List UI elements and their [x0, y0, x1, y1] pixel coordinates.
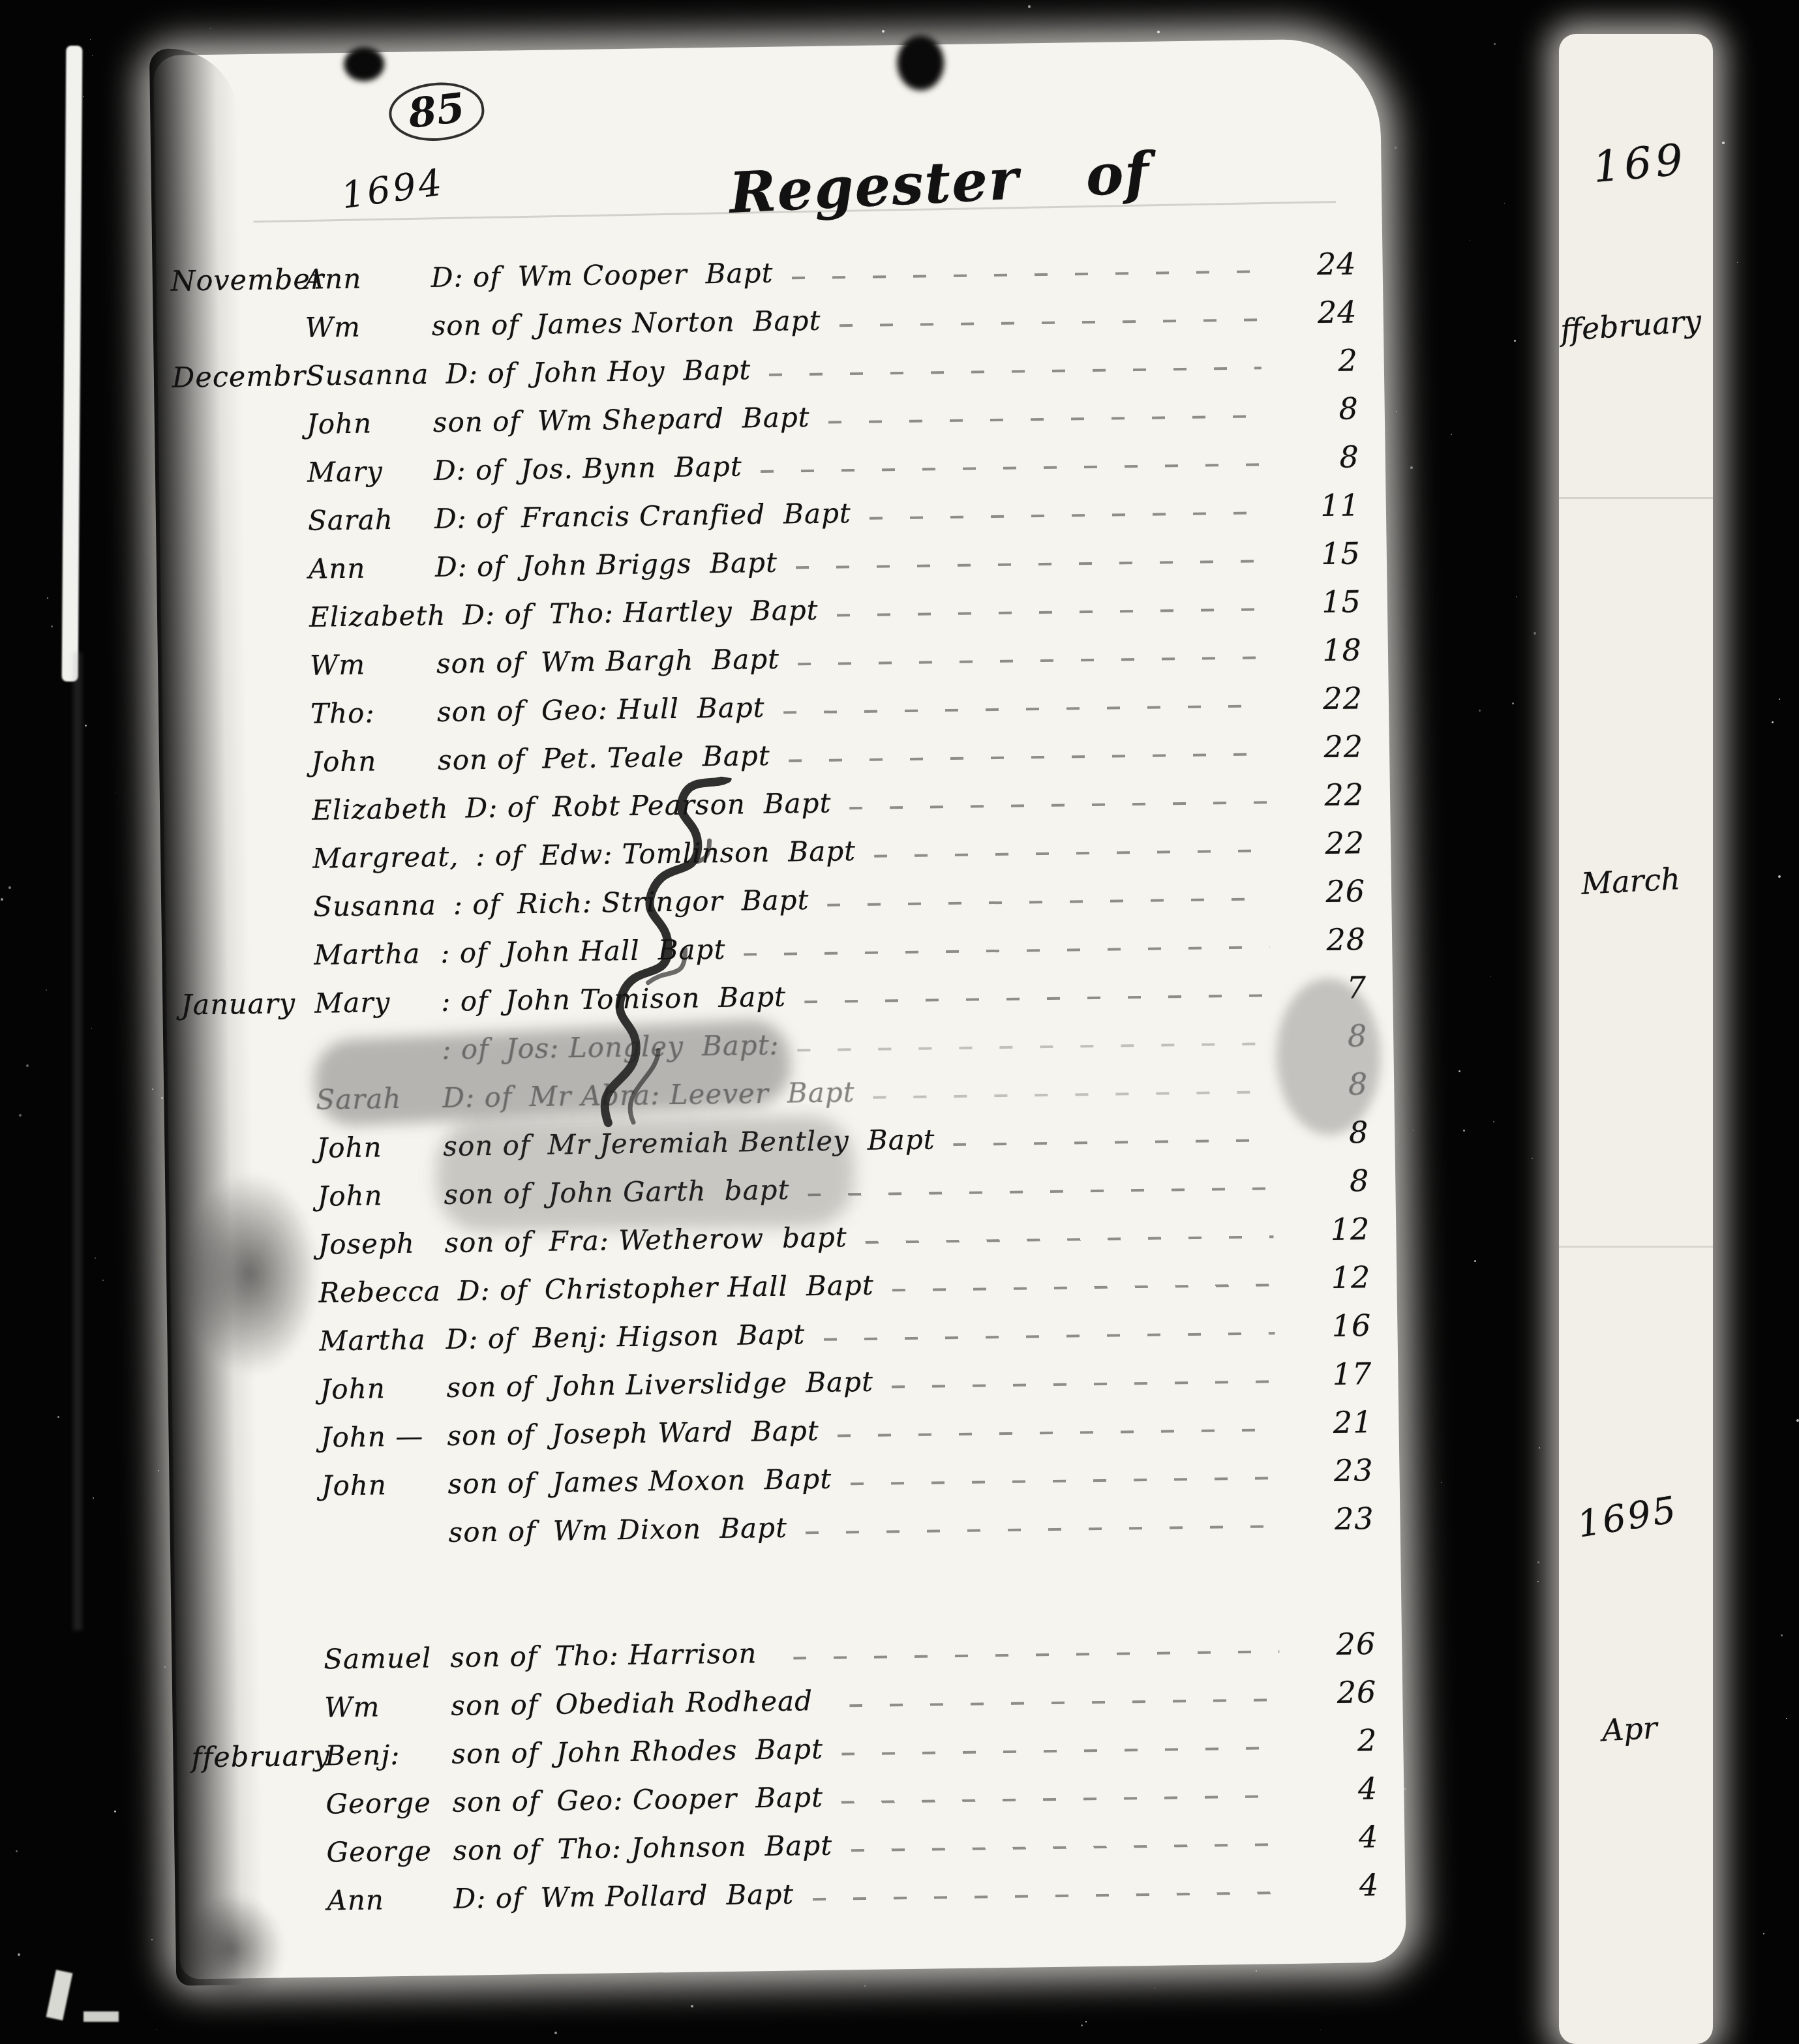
entry-day: 22 [1286, 777, 1374, 813]
entry-child-name: Ann [309, 551, 419, 584]
entry-parent-name: John Hoy [532, 355, 665, 389]
entry-day: 17 [1293, 1356, 1382, 1392]
entry-day: 24 [1278, 246, 1366, 282]
entry-child-name: George [326, 1835, 436, 1868]
entry-parent-name: Wm Dixon [552, 1512, 701, 1546]
entry-child-name: Wm [324, 1690, 434, 1723]
entry-child-name: Elizabeth [309, 599, 446, 633]
entry-parent-name: John Briggs [522, 548, 692, 582]
entry-month [174, 530, 308, 532]
entry-relation: son of [433, 405, 521, 438]
entry-day: 8 [1290, 1115, 1378, 1151]
entry-day: 4 [1300, 1819, 1388, 1856]
entry-parent-name: John Garth [548, 1175, 706, 1209]
entry-baptised-label: Bapt [753, 305, 821, 337]
entry-month: January [181, 987, 315, 1022]
dash-leader [806, 1525, 1278, 1534]
entry-month [176, 675, 310, 677]
entry-child-name: Martha [319, 1323, 429, 1357]
entry-month [184, 1206, 318, 1208]
entry-relation: son of [448, 1515, 536, 1548]
entry-child-name: Wm [310, 648, 420, 681]
entry-parent-name: Wm Bargh [541, 644, 694, 678]
entry-day: 8 [1290, 1066, 1378, 1103]
entry-day: 21 [1294, 1404, 1382, 1441]
entry-day: 16 [1293, 1308, 1381, 1344]
dash-leader [873, 1090, 1272, 1099]
entry-month: ffebruary [191, 1740, 325, 1775]
entry-child-name: Sarah [316, 1082, 426, 1115]
dash-leader [850, 801, 1268, 809]
entry-baptised-label: Bapt [719, 1512, 787, 1544]
entry-baptised-label: Bapt [697, 691, 765, 724]
entry-relation: son of [444, 1225, 532, 1259]
entry-baptised-label: Bapt [755, 1733, 823, 1766]
entry-day: 23 [1295, 1452, 1383, 1489]
dash-leader [837, 608, 1265, 616]
entry-baptised-label: Bapt [726, 1878, 794, 1911]
entry-month: November [170, 263, 305, 298]
dash-leader [769, 367, 1262, 376]
facing-page-number: 169 [1591, 134, 1689, 192]
entry-baptised-label: Bapt [737, 1318, 805, 1351]
entry-child-name [322, 1542, 432, 1543]
dash-leader [869, 511, 1263, 519]
entry-child-name: John — [320, 1420, 431, 1453]
entry-day: 8 [1291, 1163, 1379, 1199]
entry-day: 2 [1299, 1722, 1387, 1759]
entry-day: 8 [1280, 439, 1368, 475]
entry-baptised-label: Bapt [712, 643, 779, 676]
facing-month-march: March [1580, 861, 1682, 901]
entry-parent-name: Geo: Cooper [556, 1782, 737, 1817]
entry-child-name: Mary [307, 455, 417, 488]
entry-child-name: John [316, 1130, 427, 1164]
entry-relation: : of [441, 985, 489, 1017]
dash-leader [841, 1795, 1282, 1803]
entry-relation: son of [437, 695, 525, 728]
page-number-circled: 85 [385, 78, 487, 147]
entry-relation: son of [443, 1129, 531, 1162]
entry-month [187, 1399, 320, 1401]
entry-relation: D: of [453, 1882, 524, 1914]
entry-relation: : of [442, 1033, 489, 1066]
dash-leader [796, 560, 1264, 569]
entry-day: 11 [1281, 487, 1369, 524]
entry-parent-name: Christopher Hall [544, 1270, 788, 1306]
entry-relation: : of [453, 888, 500, 921]
entry-child-name: John [320, 1372, 430, 1405]
entry-baptised-label: Bapt [710, 547, 778, 579]
entry-baptised-label: Bapt [783, 497, 851, 530]
entry-child-name: John [321, 1468, 431, 1501]
entry-parent-name: John Liverslidge [551, 1367, 787, 1402]
entry-day: 26 [1298, 1674, 1386, 1711]
entry-parent-name: Wm Cooper [517, 258, 688, 293]
dash-leader [954, 1139, 1273, 1146]
entry-month [178, 820, 312, 822]
entry-month [194, 1910, 327, 1912]
entry-relation: son of [431, 308, 519, 342]
dash-leader [841, 1747, 1280, 1755]
entry-baptised-label: Bapt [751, 594, 819, 627]
entry-relation: D: of [446, 1322, 516, 1355]
entry-day: 12 [1292, 1211, 1380, 1248]
entry-month [192, 1814, 326, 1816]
entry-child-name: Elizabeth [312, 792, 449, 826]
entry-day: 15 [1283, 584, 1371, 620]
entry-baptised-label: Bapt [787, 1076, 855, 1109]
entry-parent-name: James Moxon [552, 1464, 746, 1499]
facing-page-strip: 169 ffebruary March 1695 Apr [1559, 34, 1713, 2044]
ink-blot [344, 47, 385, 82]
entry-day: 22 [1284, 680, 1372, 717]
dash-leader [892, 1380, 1276, 1388]
entry-child-name: Wm [305, 310, 416, 343]
microfilm-scan: 85 1694 Regester of NovemberAnnD: ofWm C… [0, 0, 1799, 2044]
entry-day: 26 [1287, 873, 1375, 910]
entry-month [185, 1254, 318, 1256]
entry-day: 24 [1278, 294, 1367, 331]
entry-day: 12 [1292, 1259, 1380, 1296]
entry-baptised-label: Bapt [806, 1366, 873, 1398]
facing-month-february: ffebruary [1559, 303, 1702, 348]
entry-parent-name: Tho: Johnson [557, 1831, 747, 1865]
dash-leader [823, 1332, 1275, 1341]
entry-relation: son of [444, 1177, 532, 1210]
entry-day: 22 [1285, 729, 1373, 765]
entry-month [187, 1447, 321, 1449]
entry-child-name [316, 1059, 425, 1060]
entry-baptised-label: bapt [782, 1221, 847, 1254]
dash-leader [849, 1698, 1280, 1707]
entry-month [183, 1109, 316, 1111]
entry-baptised-label: Bapt [764, 1463, 832, 1495]
dash-leader [798, 656, 1265, 665]
entry-child-name: Martha [314, 937, 424, 970]
entry-parent-name: James Norton [536, 306, 735, 340]
entries: NovemberAnnD: ofWm CooperBapt24Wmson ofJ… [170, 246, 1389, 1932]
dash-leader [828, 415, 1262, 423]
entry-month [191, 1717, 325, 1719]
entry-parent-name: Obediah Rodhead [555, 1685, 813, 1721]
year-label: 1694 [339, 161, 447, 217]
entry-baptised-label: Bapt [674, 450, 742, 483]
entry-day: 28 [1288, 922, 1376, 958]
entry-parent-name: John Rhodes [556, 1734, 737, 1769]
film-scratch-faint [73, 652, 82, 1631]
entry-relation: D: of [465, 791, 536, 824]
entry-child-name: George [325, 1786, 436, 1820]
entry-baptised-label: Bapt [742, 401, 810, 434]
entry-day: 8 [1280, 391, 1368, 427]
entry-relation: son of [436, 646, 524, 680]
dash-leader [793, 1650, 1279, 1659]
entry-relation: son of [453, 1833, 541, 1867]
entry-month [193, 1862, 327, 1864]
entry-child-name: Tho: [310, 696, 421, 729]
entry-relation: D: of [434, 502, 505, 535]
entry-day: 4 [1301, 1867, 1389, 1904]
dash-leader [744, 946, 1269, 955]
entry-relation: D: of [462, 598, 533, 631]
film-mark [83, 2011, 119, 2022]
entry-baptised-label: Bapt [806, 1269, 874, 1302]
page-crease [1559, 497, 1713, 499]
entry-parent-name: Francis Cranfied [521, 498, 766, 534]
entry-parent-name: Wm Shepard [537, 402, 725, 437]
entry-child-name: Joseph [318, 1227, 428, 1260]
entry-child-name: Sarah [308, 503, 418, 536]
entry-relation: son of [446, 1370, 534, 1404]
entry-baptised-label: Bapt [703, 740, 770, 772]
dash-leader [812, 1891, 1282, 1901]
entry-month [175, 627, 309, 629]
entry-month [181, 965, 314, 967]
entry-relation: : of [440, 937, 488, 969]
entry-baptised-label: Bapt [755, 1781, 823, 1814]
entry-relation: D: of [457, 1274, 528, 1306]
entry-month [172, 337, 305, 339]
entry-day: 23 [1295, 1501, 1383, 1537]
entry-child-name: Ann [304, 262, 414, 295]
entry-month [179, 868, 312, 870]
dash-leader [827, 897, 1269, 906]
entry-baptised-label: Bapt [867, 1123, 935, 1156]
entry-child-name: Rebecca [318, 1275, 441, 1309]
dash-leader [874, 849, 1268, 857]
entry-month [179, 916, 313, 918]
dash-leader [789, 753, 1267, 762]
entry-baptised-label: Bapt [764, 1829, 832, 1862]
entry-parent-name: Tho: Hartley [549, 595, 733, 630]
dash-leader [791, 270, 1260, 279]
facing-year: 1695 [1575, 1488, 1681, 1546]
dash-leader [783, 704, 1266, 714]
entry-baptised-label: Bapt [683, 353, 751, 386]
dash-leader [798, 1042, 1271, 1051]
entry-month [188, 1495, 322, 1497]
entry-relation: son of [452, 1785, 540, 1818]
entry-day: 2 [1279, 342, 1367, 379]
entry-relation: D: of [442, 1081, 513, 1113]
dash-leader [850, 1477, 1277, 1485]
entry-relation: son of [438, 743, 526, 776]
facing-month-april: Apr [1601, 1710, 1658, 1748]
entry-child-name: Susanna [306, 358, 429, 392]
entry-month [175, 579, 309, 580]
entry-baptised-label: Bapt [751, 1415, 819, 1447]
entry-child-name: Benj: [325, 1738, 435, 1771]
entry-relation: D: of [434, 454, 504, 487]
entry-month [177, 772, 311, 774]
entry-month [183, 1158, 317, 1160]
entry-day: 8 [1289, 1018, 1377, 1055]
entry-relation: son of [451, 1737, 539, 1770]
entry-relation: son of [447, 1419, 535, 1452]
entry-relation: D: of [431, 261, 501, 293]
dash-leader [866, 1235, 1274, 1244]
entry-baptised-label: bapt [724, 1174, 789, 1207]
entry-month [174, 482, 307, 484]
dash-leader [808, 1187, 1273, 1196]
entry-child-name: Ann [327, 1883, 437, 1916]
entry-child-name: John [307, 406, 417, 440]
entry-relation: son of [450, 1640, 538, 1674]
dash-leader [892, 1284, 1275, 1291]
entry-month [177, 723, 310, 725]
register-title: Regester of [728, 140, 1152, 226]
dash-leader [804, 994, 1270, 1003]
entry-child-name: John [317, 1179, 427, 1212]
entry-month [190, 1669, 324, 1671]
dash-leader [761, 463, 1263, 473]
dash-leader [851, 1843, 1282, 1852]
entry-child-name: Margreat, [312, 841, 459, 875]
entry-parent-name: Fra: Wetherow [549, 1222, 764, 1257]
entry-parent-name: Geo: Hull [541, 693, 679, 727]
entry-relation: D: of [446, 357, 516, 389]
entry-day: 26 [1297, 1626, 1385, 1662]
entry-month [173, 434, 307, 436]
entry-day: 15 [1282, 535, 1370, 572]
register-left-page: 85 1694 Regester of NovemberAnnD: ofWm C… [153, 38, 1406, 1979]
entry-relation: : of [476, 839, 523, 872]
entry-parent-name: Jos. Bynn [521, 451, 657, 485]
entry-parent-name: Tho: Harrison [554, 1637, 757, 1672]
entry-child-name: Susanna [313, 889, 436, 923]
entry-child-name: Mary [314, 985, 425, 1019]
entry-baptised-label: Bapt [705, 257, 773, 290]
entry-relation: son of [447, 1467, 536, 1500]
entry-day: 7 [1288, 970, 1376, 1006]
entry-relation: son of [451, 1689, 539, 1722]
entry-parent-name: Wm Pollard [540, 1879, 708, 1914]
entry-month [189, 1544, 322, 1546]
entry-parent-name: Joseph Ward [551, 1416, 733, 1450]
entry-month [186, 1351, 320, 1353]
dash-leader [839, 318, 1260, 327]
entry-relation: D: of [435, 550, 506, 583]
entry-day: 18 [1284, 632, 1372, 669]
entry-day: 22 [1286, 825, 1374, 862]
entry-month [182, 1061, 316, 1063]
page-crease [1559, 1246, 1713, 1248]
dash-leader [838, 1428, 1277, 1437]
entry-parent-name: Benj: Higson [532, 1319, 719, 1354]
entry-child-name: John [311, 744, 421, 777]
entry-month [185, 1302, 319, 1304]
entry-day: 4 [1299, 1771, 1387, 1807]
entry-child-name: Samuel [324, 1642, 434, 1675]
entry-month: Decembr [172, 360, 307, 395]
